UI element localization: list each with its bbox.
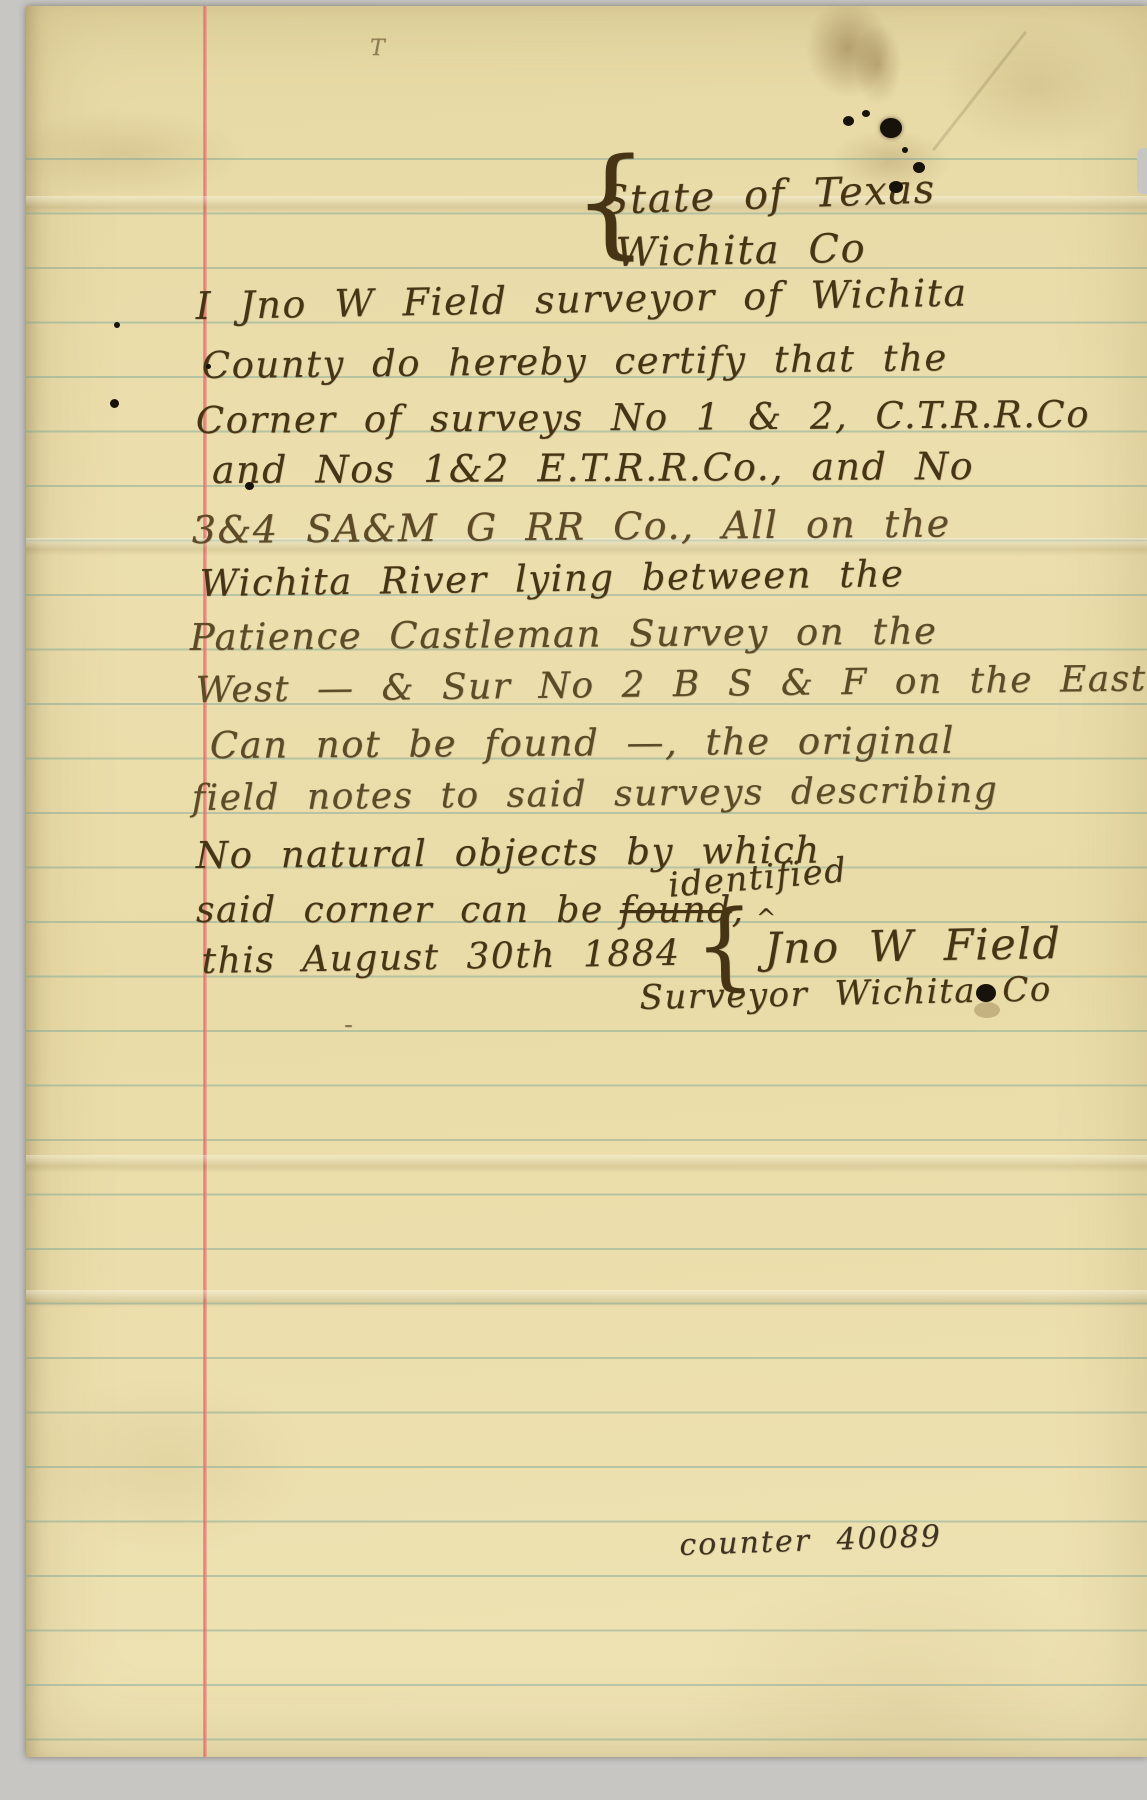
corner-fold-crease xyxy=(932,31,1027,151)
correction-prefix: said corner can be xyxy=(196,890,604,931)
document-page: T - { State of Texas Wichita Co I Jno W … xyxy=(26,6,1147,1757)
ink-blot xyxy=(206,364,211,369)
ink-smear xyxy=(974,1002,1000,1018)
body-line: and Nos 1&2 E.T.R.R.Co., and No xyxy=(212,444,974,492)
body-line: County do hereby certify that the xyxy=(202,336,948,387)
red-margin-line xyxy=(203,6,207,1757)
fold-crease xyxy=(26,1290,1147,1308)
body-line: West — & Sur No 2 B S & F on the East — xyxy=(195,658,1147,711)
header-county-line: Wichita Co xyxy=(615,226,866,276)
body-line: Wichita River lying between the xyxy=(199,552,904,605)
signature: Jno W Field xyxy=(764,919,1062,974)
body-line: Can not be found —, the original xyxy=(210,719,955,767)
ink-blot xyxy=(114,322,120,328)
scanned-document: T - { State of Texas Wichita Co I Jno W … xyxy=(0,0,1147,1800)
ink-blot xyxy=(862,110,870,117)
body-line: Patience Castleman Survey on the xyxy=(190,609,938,659)
header-state-line: State of Texas xyxy=(600,166,936,224)
ink-blot xyxy=(110,399,119,408)
counter-number: counter 40089 xyxy=(679,1519,943,1563)
ink-blot xyxy=(902,147,908,153)
ink-blot xyxy=(843,116,854,126)
body-line: 3&4 SA&M G RR Co., All on the xyxy=(192,501,951,552)
date-text: this August 30th 1884 xyxy=(201,933,681,982)
ink-blot xyxy=(880,118,902,138)
fold-crease xyxy=(26,1155,1147,1173)
ink-blot xyxy=(889,181,903,193)
paper-edge-tear xyxy=(1137,148,1147,194)
body-line: Corner of surveys No 1 & 2, C.T.R.R.Co xyxy=(196,393,1090,442)
signature-brace: { xyxy=(694,936,756,956)
stray-mark-dash: - xyxy=(344,1010,354,1040)
body-line: I Jno W Field surveyor of Wichita xyxy=(195,271,968,328)
body-line: field notes to said surveys describing xyxy=(192,770,999,819)
ink-blot xyxy=(976,984,996,1002)
ink-blot xyxy=(245,482,254,490)
ink-blot xyxy=(913,162,925,173)
stray-mark-t: T xyxy=(370,36,386,61)
